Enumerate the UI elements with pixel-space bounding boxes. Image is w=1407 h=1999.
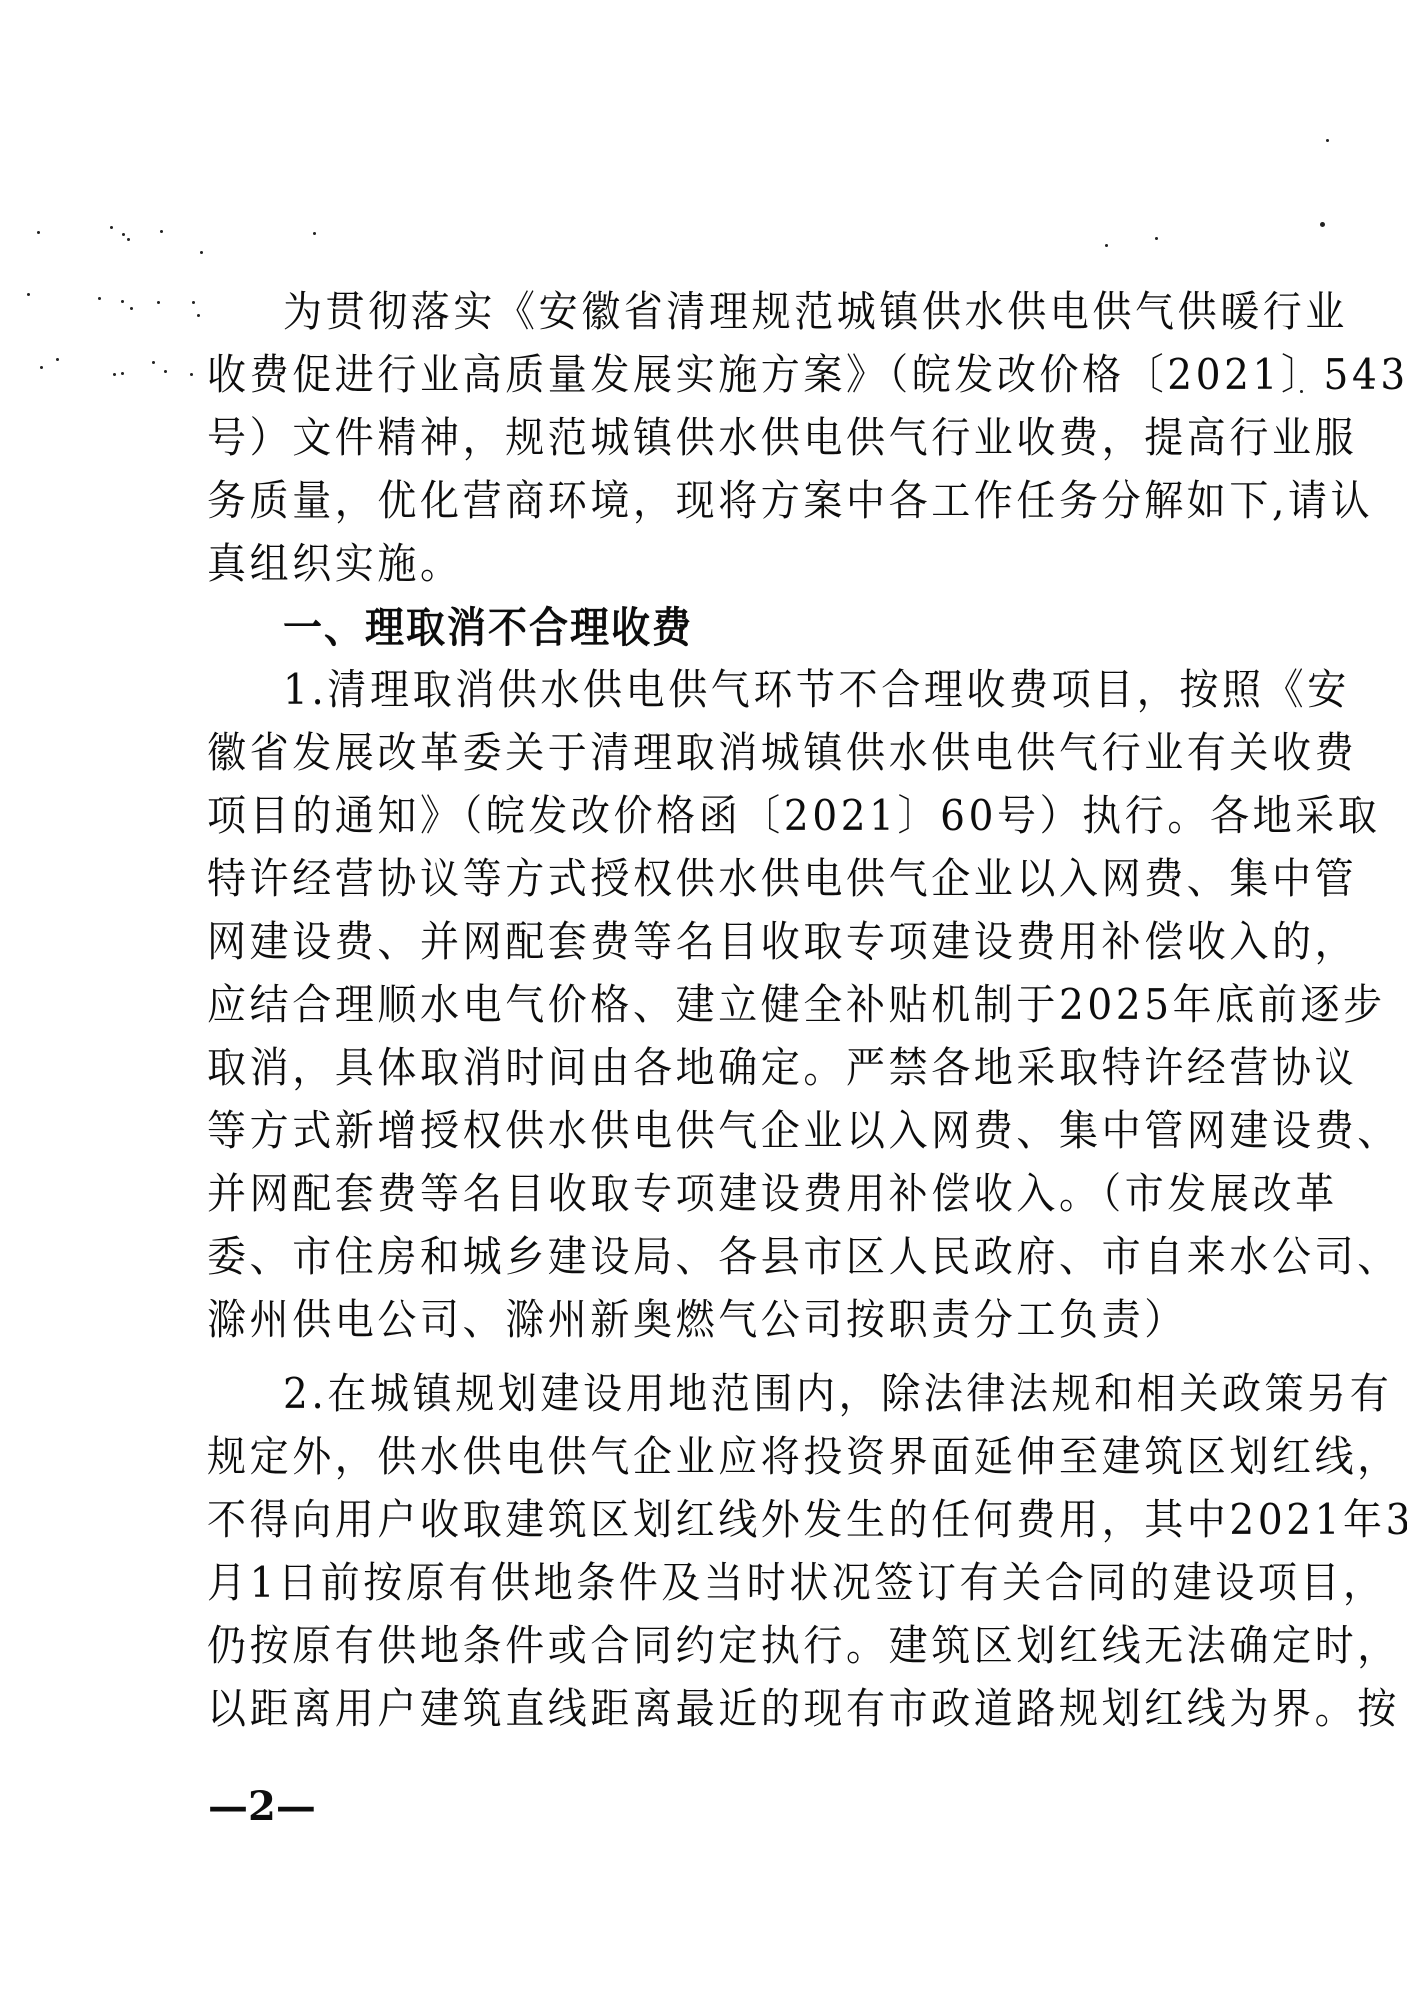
text-line: 等方式新增授权供水供电供气企业以入网费、集中管网建设费、 — [207, 1100, 1207, 1165]
text-line: 为贯彻落实《安徽省清理规范城镇供水供电供气供暖行业 — [283, 281, 1207, 346]
text-line: 2.在城镇规划建设用地范围内，除法律法规和相关政策另有 — [283, 1363, 1207, 1428]
text-line: 号）文件精神，规范城镇供水供电供气行业收费，提高行业服 — [207, 407, 1207, 472]
text-line: 不得向用户收取建筑区划红线外发生的任何费用，其中2021年3 — [207, 1489, 1207, 1554]
text-line: 以距离用户建筑直线距离最近的现有市政道路规划红线为界。按 — [207, 1678, 1207, 1743]
text-line: 徽省发展改革委关于清理取消城镇供水供电供气行业有关收费 — [207, 722, 1207, 787]
text-line: 并网配套费等名目收取专项建设费用补偿收入。（市发展改革 — [207, 1163, 1207, 1228]
text-line: 务质量，优化营商环境，现将方案中各工作任务分解如下,请认 — [207, 470, 1207, 535]
text-line: 月1日前按原有供地条件及当时状况签订有关合同的建设项目， — [207, 1552, 1207, 1617]
text-line: 1.清理取消供水供电供气环节不合理收费项目，按照《安 — [283, 659, 1207, 724]
text-line: 应结合理顺水电气价格、建立健全补贴机制于2025年底前逐步 — [207, 974, 1207, 1039]
document-page: 为贯彻落实《安徽省清理规范城镇供水供电供气供暖行业 收费促进行业高质量发展实施方… — [0, 0, 1407, 1999]
text-line: 规定外，供水供电供气企业应将投资界面延伸至建筑区划红线， — [207, 1426, 1207, 1491]
text-line: 特许经营协议等方式授权供水供电供气企业以入网费、集中管 — [207, 848, 1207, 913]
text-line: 委、市住房和城乡建设局、各县市区人民政府、市自来水公司、 — [207, 1226, 1207, 1291]
text-line: 网建设费、并网配套费等名目收取专项建设费用补偿收入的， — [207, 911, 1207, 976]
text-line: 仍按原有供地条件或合同约定执行。建筑区划红线无法确定时， — [207, 1615, 1207, 1680]
text-line: 项目的通知》（皖发改价格函〔2021〕60号）执行。各地采取 — [207, 785, 1207, 850]
text-line: 真组织实施。 — [207, 533, 1207, 598]
text-line: 收费促进行业高质量发展实施方案》（皖发改价格〔2021〕543 — [207, 344, 1207, 409]
page-number: —2— — [208, 1782, 316, 1832]
text-line: 取消，具体取消时间由各地确定。严禁各地采取特许经营协议 — [207, 1037, 1207, 1102]
text-line: 滁州供电公司、滁州新奥燃气公司按职责分工负责） — [207, 1289, 1207, 1354]
section-heading: 一、理取消不合理收费 — [283, 596, 1283, 661]
